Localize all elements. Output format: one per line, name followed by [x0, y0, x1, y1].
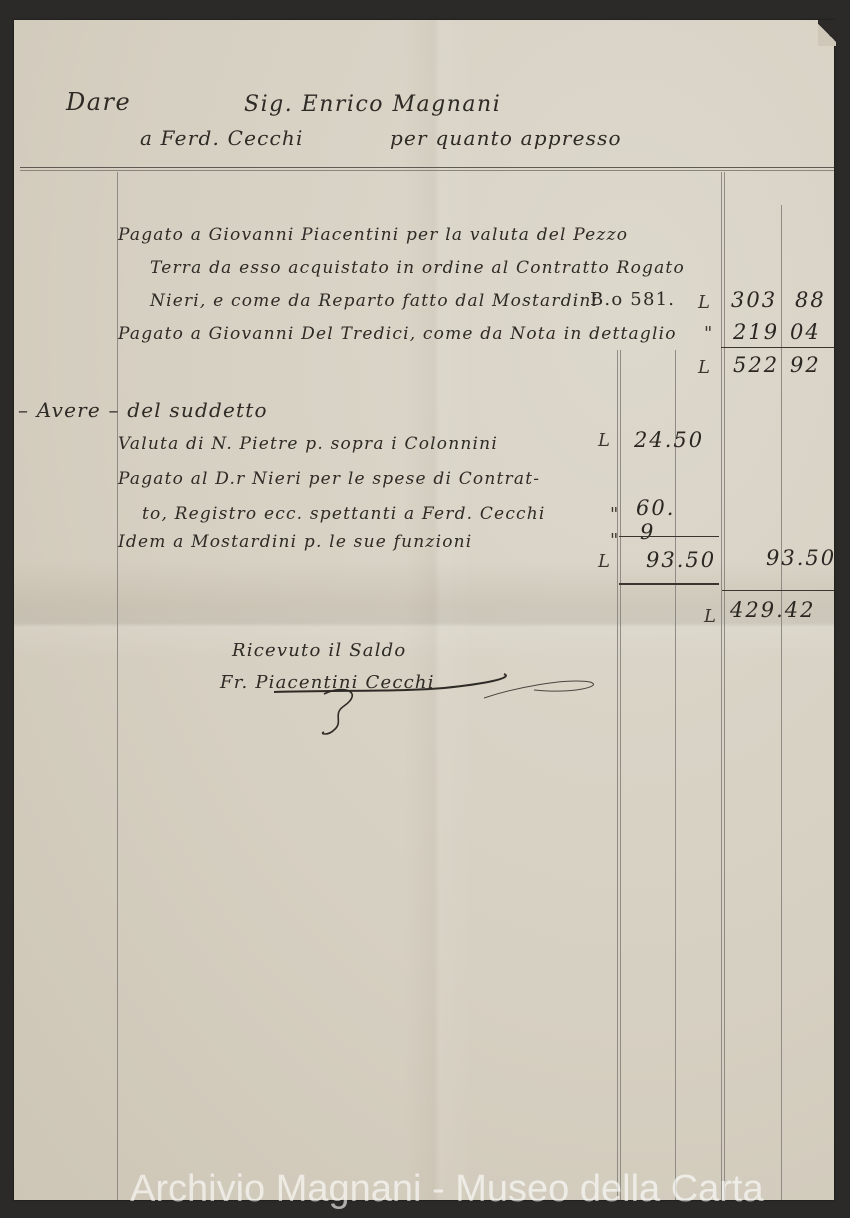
avere-entry-line: to, Registro ecc. spettanti a Ferd. Cecc… [142, 504, 546, 524]
creditor-line: a Ferd. Cecchi [140, 126, 304, 150]
avere-subtotal-carried: 93.50 [766, 546, 836, 570]
dare-total-lire: 522 [733, 353, 779, 377]
dare-amount-lire: 219 [733, 320, 779, 344]
dare-amount-cents: 04 [790, 320, 821, 344]
dare-entry-line: Pagato a Giovanni Piacentini per la valu… [118, 225, 628, 245]
archive-watermark: Archivio Magnani - Museo della Carta [130, 1168, 764, 1211]
currency-lira-symbol: L [598, 430, 610, 451]
column-rule-1 [617, 350, 618, 1200]
avere-heading: – Avere – del suddetto [18, 398, 268, 422]
avere-amount: 9 [640, 520, 655, 544]
column-rule-3 [721, 172, 722, 1200]
avere-entry-line: Valuta di N. Pietre p. sopra i Colonnini [118, 434, 498, 454]
dare-entry-line: Nieri, e come da Reparto fatto dal Mosta… [150, 291, 598, 311]
column-rule-4 [781, 205, 782, 1200]
dare-sum-line [721, 347, 834, 348]
debtor-name: Sig. Enrico Magnani [244, 92, 501, 117]
dare-amount-lire: 303 [731, 288, 777, 312]
currency-lira-symbol: L [704, 606, 716, 627]
currency-lira-symbol: L [598, 551, 610, 572]
balance-amount: 429.42 [730, 598, 815, 622]
dare-label: Dare [66, 88, 131, 116]
avere-sum-line [619, 536, 719, 537]
dare-entry-line: Pagato a Giovanni Del Tredici, come da N… [118, 324, 677, 344]
dare-entry-line: Terra da esso acquistato in ordine al Co… [150, 258, 685, 278]
signature-flourish-icon [274, 670, 604, 740]
avere-subtotal: 93.50 [646, 548, 716, 572]
folded-corner [818, 20, 836, 46]
currency-ditto-mark: " [610, 530, 618, 551]
currency-ditto-mark: " [610, 504, 618, 525]
balance-line [722, 590, 834, 591]
dare-entry-reference: B.o 581. [590, 289, 675, 310]
header-rule-secondary [20, 170, 834, 171]
avere-amount: 60. [636, 496, 675, 520]
column-rule-3b [724, 172, 725, 1200]
avere-entry-line: Pagato al D.r Nieri per le spese di Cont… [118, 469, 540, 489]
currency-lira-symbol: L [698, 357, 710, 378]
ledger-sheet: Dare Sig. Enrico Magnani a Ferd. Cecchi … [14, 20, 834, 1200]
header-subtitle: per quanto appresso [390, 126, 622, 150]
header-rule [20, 167, 834, 168]
currency-lira-symbol: L [698, 292, 710, 313]
receipt-line: Ricevuto il Saldo [232, 640, 406, 661]
avere-amount: 24.50 [634, 428, 704, 452]
column-rule-2 [675, 350, 676, 1200]
avere-entry-line: Idem a Mostardini p. le sue funzioni [118, 532, 472, 552]
currency-ditto-mark: " [704, 323, 712, 344]
avere-double-rule [619, 583, 719, 585]
dare-amount-cents: 88 [795, 288, 826, 312]
column-rule-1b [620, 350, 621, 1200]
dare-total-cents: 92 [790, 353, 821, 377]
